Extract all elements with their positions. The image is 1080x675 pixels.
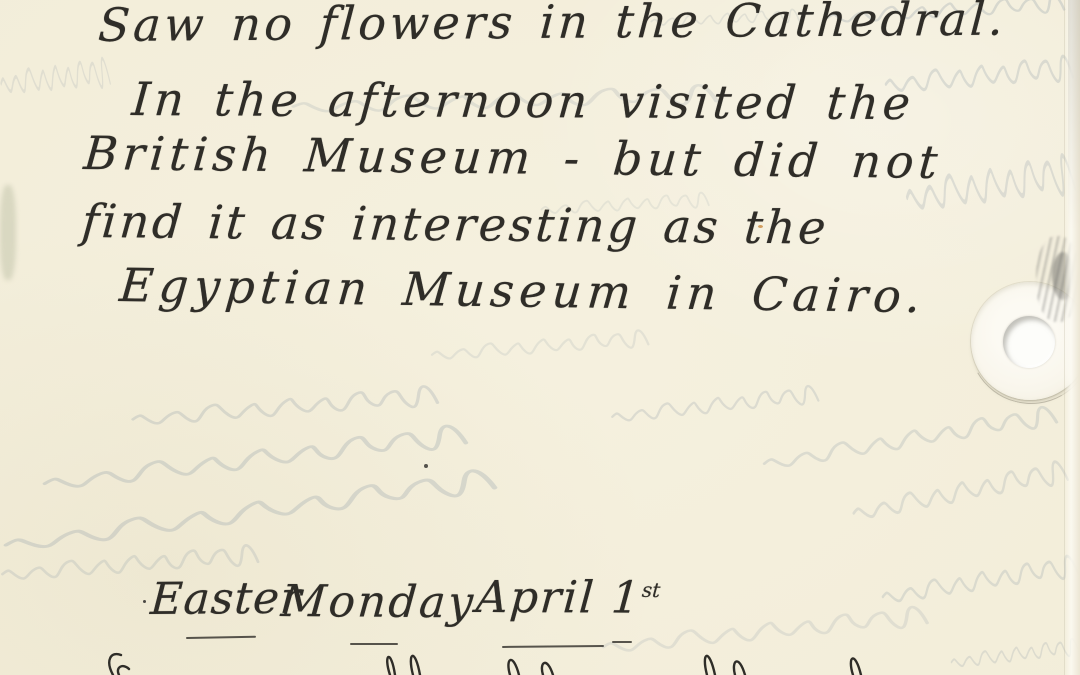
bleedthrough-writing <box>878 543 1080 621</box>
bleedthrough-writing <box>848 448 1073 539</box>
bleedthrough-writing <box>129 375 441 442</box>
bleedthrough-writing <box>39 412 471 508</box>
bleedthrough-writing <box>609 375 822 436</box>
page-edge-top-shade <box>1068 0 1080 230</box>
bleedthrough-writing <box>759 394 1061 485</box>
underline-dash <box>612 641 632 643</box>
handwriting-line-2: In the afternoon visited the <box>130 74 916 129</box>
partial-next-line-strokes <box>95 646 895 675</box>
bleedthrough-writing <box>0 43 114 116</box>
ink-speck <box>424 464 428 468</box>
underline-easter <box>186 636 256 639</box>
diary-page-scan: { "page": { "entry_lines": [ "Saw no flo… <box>0 0 1080 675</box>
pencil-smudge-core <box>1052 252 1074 300</box>
heading-word-date: April 1st <box>474 574 661 623</box>
left-edge-smudge <box>0 185 16 280</box>
handwriting-line-1: Saw no flowers in the Cathedral. <box>97 0 1008 51</box>
handwriting-line-5: Egyptian Museum in Cairo. <box>118 260 928 322</box>
underline-monday <box>350 643 398 645</box>
bleedthrough-writing <box>0 455 501 570</box>
punched-hole <box>1003 316 1055 368</box>
heading-word-monday: Monday <box>279 578 477 628</box>
handwriting-line-4: find it as interesting as the <box>80 196 831 253</box>
paper-fleck <box>758 225 763 228</box>
handwriting-line-3: British Museum - but did not <box>82 128 944 188</box>
date-text: April 1 <box>474 572 643 624</box>
ink-speck <box>143 600 146 603</box>
bleedthrough-writing <box>429 320 651 373</box>
bleedthrough-writing <box>948 629 1080 675</box>
date-ordinal-suffix: st <box>641 578 661 602</box>
